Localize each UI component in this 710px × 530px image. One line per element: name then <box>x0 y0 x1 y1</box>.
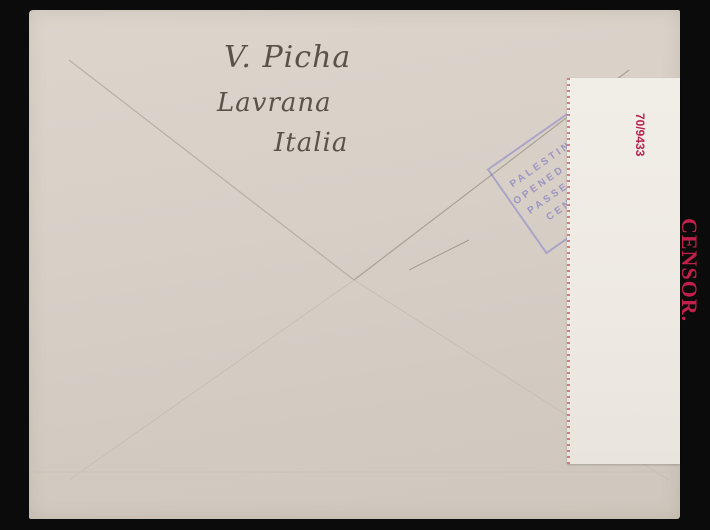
sender-name: V. Picha <box>224 40 351 75</box>
censor-number: 70/9433 <box>633 113 647 156</box>
envelope-back: V. Picha Lavrana Italia PALESTINE OPENED… <box>29 10 680 519</box>
censor-text: CENSOR. <box>676 218 702 322</box>
censor-label: 70/9433 CENSOR. <box>567 78 680 464</box>
sender-city: Lavrana <box>217 88 332 118</box>
sender-country: Italia <box>274 128 348 158</box>
perforated-edge <box>567 78 570 464</box>
